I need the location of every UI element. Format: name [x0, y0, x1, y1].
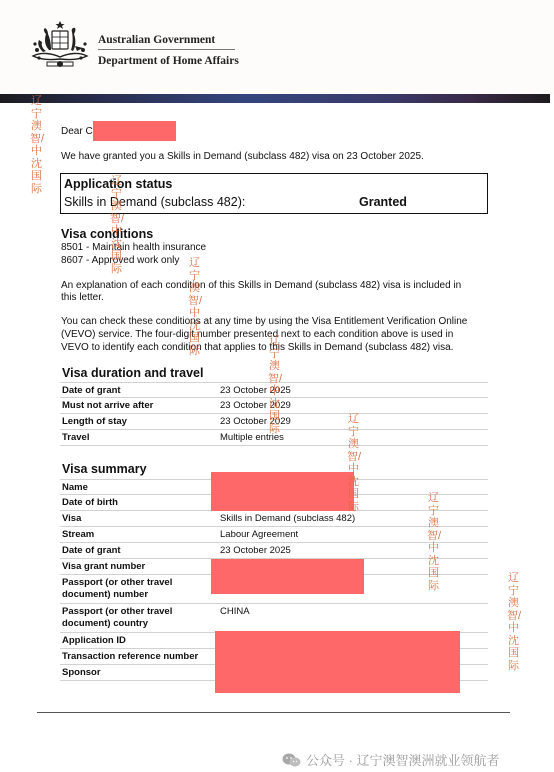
visa-grant-letter: Australian Government Department of Home… — [0, 0, 554, 772]
visa-duration-title: Visa duration and travel — [62, 366, 203, 380]
department-name: Department of Home Affairs — [98, 55, 239, 67]
row-label: Date of grant — [62, 385, 121, 397]
conditions-explanation-line: An explanation of each condition of this… — [61, 280, 461, 292]
row-label-line: document) number — [62, 589, 172, 601]
watermark: 辽宁澳智/中沈国际 — [427, 492, 440, 592]
header-divider — [98, 49, 235, 50]
row-label: Date of grant — [62, 545, 121, 557]
vevo-text-line: You can check these conditions at any ti… — [61, 316, 467, 328]
row-label: Passport (or other travel document) numb… — [62, 577, 172, 601]
watermark: 辽宁澳智/中沈国际 — [30, 95, 43, 195]
visa-summary-title: Visa summary — [62, 462, 147, 476]
row-label: Visa grant number — [62, 561, 145, 573]
row-label: Sponsor — [62, 667, 101, 679]
watermark: 辽宁澳智/中沈国际 — [110, 175, 123, 275]
wechat-credit: 公众号 · 辽宁澳智澳洲就业领航者 — [282, 750, 500, 769]
watermark: 辽宁澳智/中沈国际 — [507, 572, 520, 672]
condition-item: 8501 - Maintain health insurance — [61, 242, 206, 254]
row-label: Visa — [62, 513, 81, 525]
row-label-line: document) country — [62, 618, 172, 630]
vevo-text-line: (VEVO) service. The four-digit number pr… — [61, 329, 453, 341]
row-label-line: Passport (or other travel — [62, 606, 172, 618]
letterhead: Australian Government Department of Home… — [0, 0, 554, 94]
redacted-name-dob — [211, 472, 354, 511]
footer-divider — [37, 712, 510, 713]
credit-text: 公众号 · 辽宁澳智澳洲就业领航者 — [306, 753, 500, 768]
redacted-application-details — [215, 631, 460, 693]
row-value: Skills in Demand (subclass 482) — [220, 513, 355, 525]
row-label: Date of birth — [62, 497, 118, 509]
greeting: Dear C — [61, 126, 93, 138]
intro-text: We have granted you a Skills in Demand (… — [61, 151, 424, 163]
row-value: CHINA — [220, 606, 250, 618]
government-name: Australian Government — [98, 34, 215, 46]
conditions-explanation-line: this letter. — [61, 292, 104, 304]
table-row: Stream Labour Agreement — [60, 527, 488, 543]
wechat-icon — [282, 753, 302, 767]
row-value: Labour Agreement — [220, 529, 298, 541]
coat-of-arms-icon — [27, 20, 93, 70]
watermark: 辽宁澳智/中沈国际 — [347, 413, 360, 513]
row-label: Application ID — [62, 635, 126, 647]
redacted-name — [93, 121, 176, 141]
row-label: Name — [62, 482, 88, 494]
row-label: Stream — [62, 529, 94, 541]
row-label: Must not arrive after — [62, 400, 153, 412]
row-label: Travel — [62, 432, 89, 444]
application-status-value: Granted — [359, 195, 407, 209]
table-row: Visa Skills in Demand (subclass 482) — [60, 511, 488, 527]
row-value: 23 October 2025 — [220, 545, 291, 557]
application-status-box: Application status Skills in Demand (sub… — [60, 173, 488, 214]
redacted-grant-passport-number — [211, 559, 364, 594]
row-label-line: Passport (or other travel — [62, 577, 172, 589]
application-status-visa: Skills in Demand (subclass 482): — [64, 195, 245, 209]
row-label: Passport (or other travel document) coun… — [62, 606, 172, 630]
vevo-text-line: VEVO to identify each condition that app… — [61, 342, 453, 354]
watermark: 辽宁澳智/中沈国际 — [268, 335, 281, 435]
header-gradient-bar — [0, 94, 550, 103]
table-row: Date of grant 23 October 2025 — [60, 543, 488, 559]
visa-conditions-title: Visa conditions — [61, 227, 153, 241]
row-label: Length of stay — [62, 416, 127, 428]
row-label: Transaction reference number — [62, 651, 198, 663]
watermark: 辽宁澳智/中沈国际 — [188, 257, 201, 357]
table-row: Passport (or other travel document) coun… — [60, 604, 488, 633]
